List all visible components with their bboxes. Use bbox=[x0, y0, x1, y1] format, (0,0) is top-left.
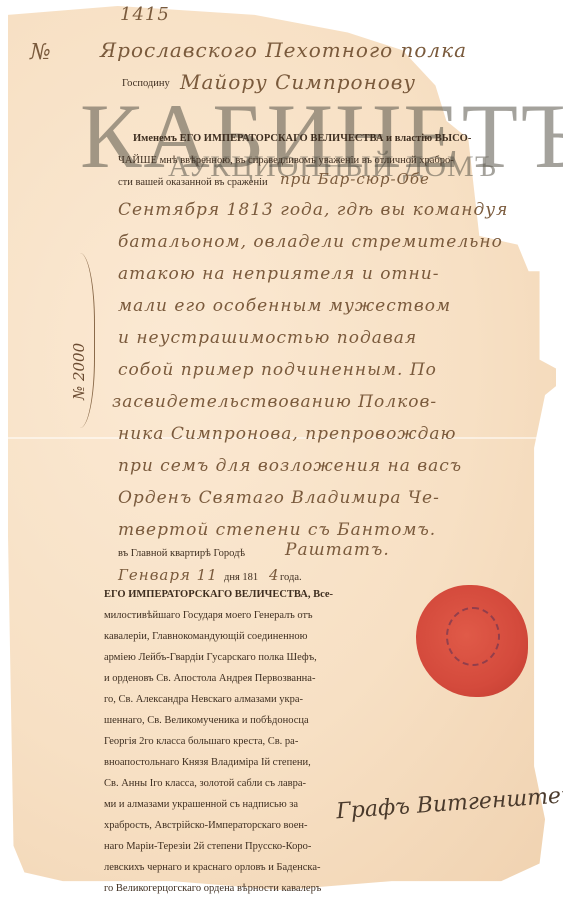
date-year-digit: 4 bbox=[269, 566, 280, 584]
title-line-10: ми и алмазами украшенной съ надписью за bbox=[104, 799, 298, 810]
body-hand-5: и неустрашимостью подавая bbox=[118, 328, 417, 348]
body-hand-11: твертой степени съ Бантомъ. bbox=[118, 520, 436, 540]
body-printed-line2: ЧАЙШЕ мнѣ ввѣренною, въ справедливомъ ув… bbox=[118, 155, 454, 166]
body-hand-0: при Бар-сюр-Обе bbox=[280, 170, 430, 188]
body-hand-1: Сентября 1813 года, гдѣ вы командуя bbox=[118, 200, 508, 220]
body-printed-line3: сти вашей оказанной въ сраженіи bbox=[118, 177, 268, 188]
document-number: 1415 bbox=[120, 4, 170, 25]
date-day: дня 181 bbox=[224, 572, 258, 583]
title-line-3: арміею Лейбъ-Гвардіи Гусарскаго полка Ше… bbox=[104, 652, 317, 663]
body-hand-3: атакою на неприятеля и отни- bbox=[118, 264, 439, 284]
margin-number: № 2000 bbox=[70, 343, 88, 400]
body-hand-8: ника Симпронова, препровождаю bbox=[118, 424, 457, 444]
title-line-0: ЕГО ИМПЕРАТОРСКАГО ВЕЛИЧЕСТВА, Все- bbox=[104, 589, 333, 600]
title-line-2: кавалеріи, Главнокомандующій соединенною bbox=[104, 631, 307, 642]
body-printed-line1: Именемъ ЕГО ИМПЕРАТОРСКАГО ВЕЛИЧЕСТВА и … bbox=[133, 133, 471, 144]
title-line-12: наго Маріи-Терезіи 2й степени Прусско-Ко… bbox=[104, 841, 311, 852]
body-hand-7: засвидетельствованию Полков- bbox=[112, 392, 437, 412]
body-hand-4: мали его особенным мужеством bbox=[118, 296, 451, 316]
title-line-5: го, Св. Александра Невскаго алмазами укр… bbox=[104, 694, 303, 705]
title-line-1: милостивѣйшаго Государя моего Генералъ о… bbox=[104, 610, 313, 621]
title-line-14: го Великогерцогскаго ордена вѣрности кав… bbox=[104, 883, 321, 894]
margin-ornament bbox=[58, 253, 95, 428]
body-hand-9: при семъ для возложения на васъ bbox=[118, 456, 462, 476]
title-line-7: Георгія 2го класса большаго креста, Св. … bbox=[104, 736, 298, 747]
title-line-4: и орденовъ Св. Апостола Андрея Первозван… bbox=[104, 673, 315, 684]
title-line-11: храбрость, Австрійско-Императорскаго вое… bbox=[104, 820, 308, 831]
body-hand-2: батальоном, овладели стремительно bbox=[118, 232, 503, 252]
body-hand-6: собой пример подчиненным. По bbox=[118, 360, 437, 380]
body-hand-10: Орденъ Святаго Владимира Че- bbox=[118, 488, 440, 508]
addressee-line1: Ярославского Пехотного полка bbox=[100, 38, 467, 62]
date-month: Генваря 11 bbox=[118, 566, 218, 584]
place-handwritten: Раштатъ. bbox=[285, 540, 390, 560]
place-printed: въ Главной квартирѣ Городѣ bbox=[118, 548, 245, 559]
title-line-6: шеннаго, Св. Великомученика и побѣдоносц… bbox=[104, 715, 309, 726]
title-line-9: Св. Анны Іго класса, золотой сабли съ ла… bbox=[104, 778, 306, 789]
title-line-13: левскихъ чернаго и краснаго орловъ и Бад… bbox=[104, 862, 321, 873]
date-year: года. bbox=[280, 572, 302, 583]
number-prefix: № bbox=[30, 40, 52, 65]
title-line-8: вноапостольнаго Князя Владиміра Ій степе… bbox=[104, 757, 311, 768]
